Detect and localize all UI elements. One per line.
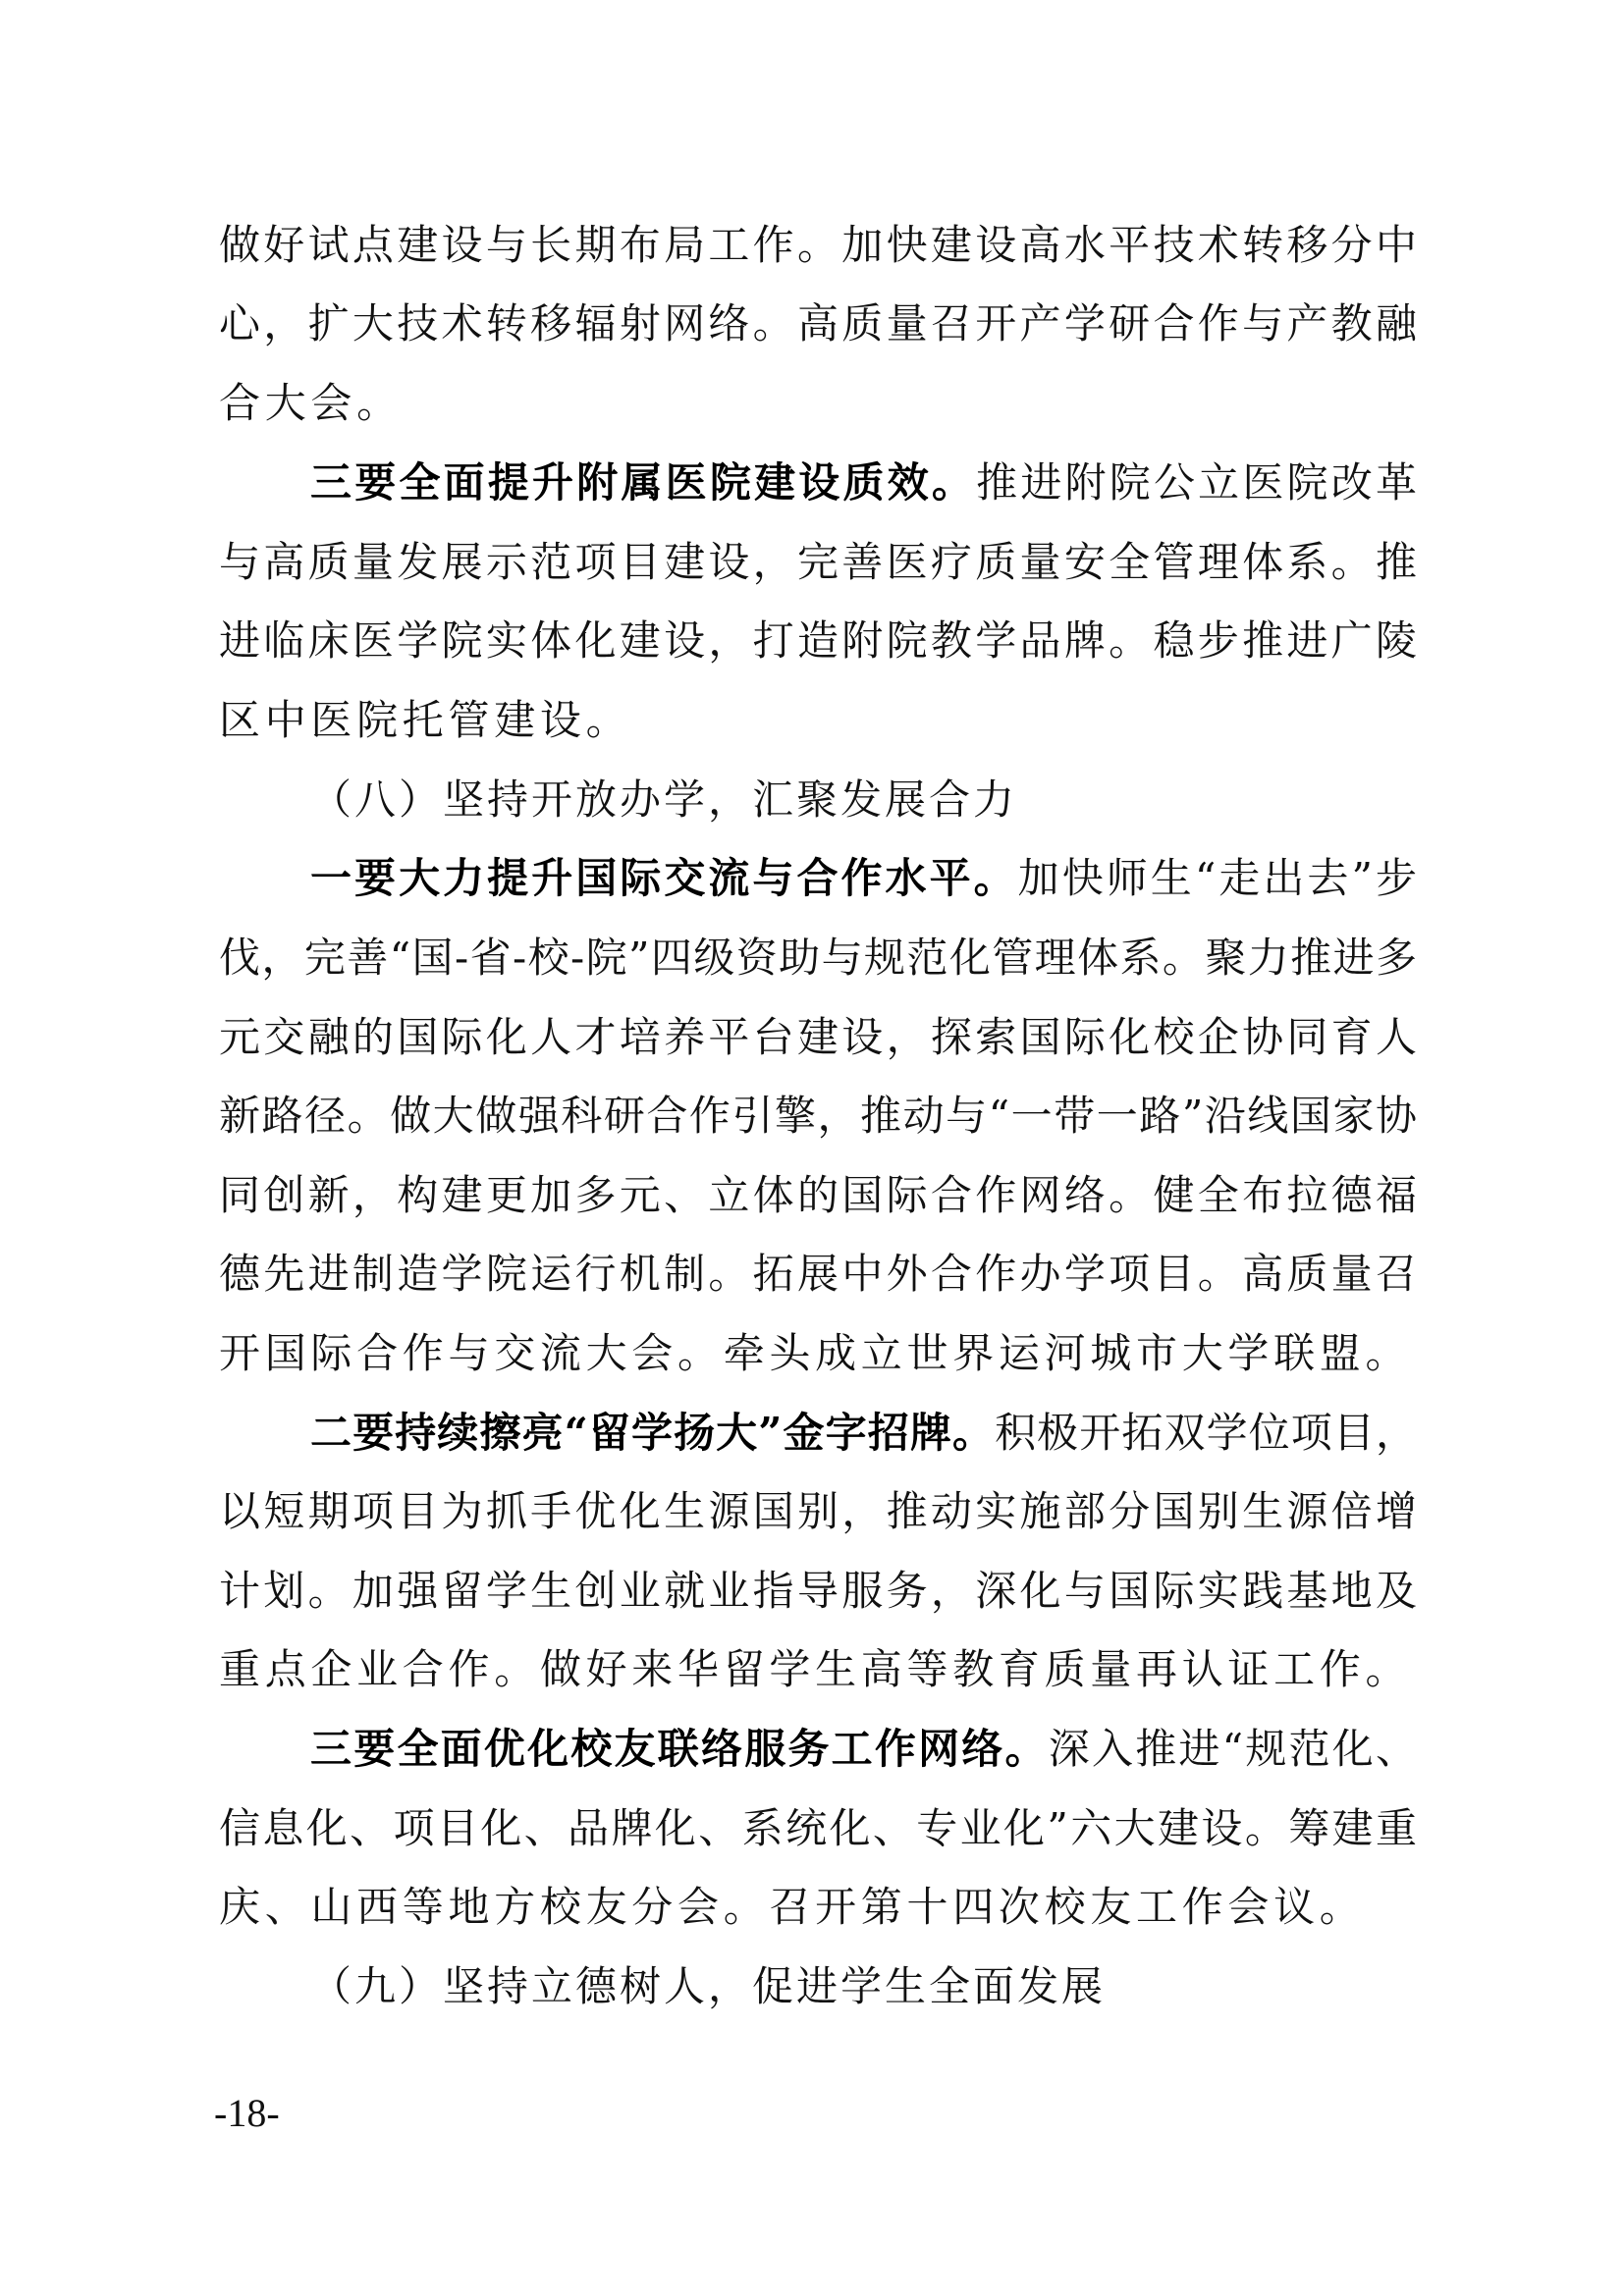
paragraph-line: 合大会。: [219, 376, 1417, 431]
paragraph-text: 深入推进“规范化、: [1049, 1725, 1417, 1773]
paragraph-line: 同创新，构建更加多元、立体的国际合作网络。健全布拉德福: [219, 1168, 1417, 1223]
page-number: -18-: [214, 2089, 280, 2138]
paragraph-line: 伐，完善“国-省-校-院”四级资助与规范化管理体系。聚力推进多: [219, 931, 1417, 986]
paragraph-text: 加快师生“走出去”步: [1018, 854, 1417, 902]
paragraph-line: 三要全面提升附属医院建设质效。推进附院公立医院改革: [310, 455, 1417, 510]
paragraph-line: 做好试点建设与长期布局工作。加快建设高水平技术转移分中: [219, 218, 1417, 273]
section-heading: （八）坚持开放办学，汇聚发展合力: [310, 773, 1508, 828]
document-page: 做好试点建设与长期布局工作。加快建设高水平技术转移分中 心，扩大技术转移辐射网络…: [0, 0, 1624, 2296]
paragraph-line: 庆、山西等地方校友分会。召开第十四次校友工作会议。: [219, 1880, 1417, 1935]
paragraph-text: 推进附院公立医院改革: [976, 458, 1417, 507]
paragraph-line: 重点企业合作。做好来华留学生高等教育质量再认证工作。: [219, 1642, 1417, 1697]
paragraph-line: 一要大力提升国际交流与合作水平。加快师生“走出去”步: [310, 851, 1417, 906]
paragraph-line: 计划。加强留学生创业就业指导服务，深化与国际实践基地及: [219, 1564, 1417, 1619]
paragraph-text: 积极开拓双学位项目，: [995, 1409, 1417, 1457]
paragraph-line: 区中医院托管建设。: [219, 693, 1417, 748]
paragraph-lead-bold: 三要全面提升附属医院建设质效。: [310, 458, 976, 507]
paragraph-lead-bold: 一要大力提升国际交流与合作水平。: [310, 854, 1018, 902]
paragraph-line: 三要全面优化校友联络服务工作网络。深入推进“规范化、: [310, 1722, 1417, 1777]
section-heading: （九）坚持立德树人，促进学生全面发展: [310, 1959, 1508, 2014]
paragraph-line: 与高质量发展示范项目建设，完善医疗质量安全管理体系。推: [219, 535, 1417, 590]
paragraph-lead-bold: 二要持续擦亮“留学扬大”金字招牌。: [310, 1409, 995, 1457]
paragraph-line: 新路径。做大做强科研合作引擎，推动与“一带一路”沿线国家协: [219, 1089, 1417, 1144]
paragraph-line: 二要持续擦亮“留学扬大”金字招牌。积极开拓双学位项目，: [310, 1406, 1417, 1461]
paragraph-lead-bold: 三要全面优化校友联络服务工作网络。: [310, 1725, 1049, 1773]
paragraph-line: 德先进制造学院运行机制。拓展中外合作办学项目。高质量召: [219, 1247, 1417, 1302]
paragraph-line: 进临床医学院实体化建设，打造附院教学品牌。稳步推进广陵: [219, 614, 1417, 668]
paragraph-line: 开国际合作与交流大会。牵头成立世界运河城市大学联盟。: [219, 1326, 1417, 1381]
paragraph-line: 心，扩大技术转移辐射网络。高质量召开产学研合作与产教融: [219, 296, 1417, 351]
paragraph-line: 以短期项目为抓手优化生源国别，推动实施部分国别生源倍增: [219, 1484, 1417, 1539]
paragraph-line: 信息化、项目化、品牌化、系统化、专业化”六大建设。筹建重: [219, 1801, 1417, 1856]
paragraph-line: 元交融的国际化人才培养平台建设，探索国际化校企协同育人: [219, 1010, 1417, 1065]
